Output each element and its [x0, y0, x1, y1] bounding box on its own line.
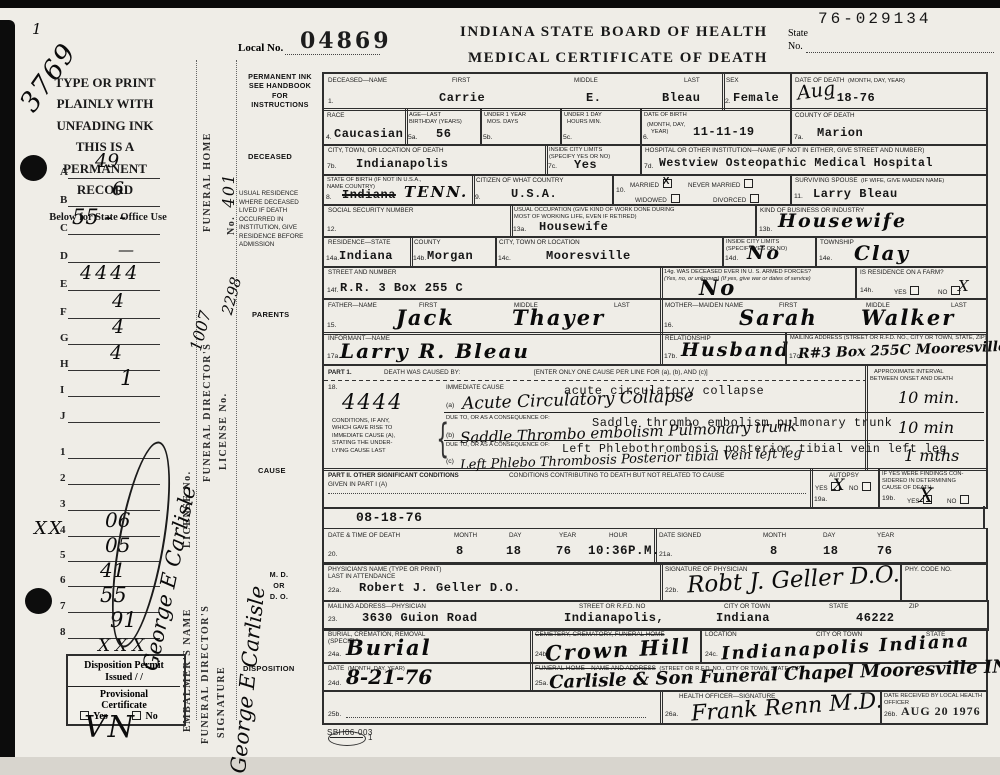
signed-day-header: DAY	[823, 532, 835, 540]
residence-county-value: Morgan	[427, 249, 473, 263]
item-23-number: 23.	[328, 616, 337, 623]
deceased-name-label: DECEASED—NAME	[328, 77, 387, 85]
item-6-number: 6.	[643, 134, 649, 141]
item-26a-number: 26a.	[665, 711, 678, 718]
form-right-border-gap	[983, 506, 985, 528]
ledger-label: 3	[60, 498, 66, 510]
ledger-label: J	[60, 410, 66, 422]
state-no-label-2: No.	[788, 41, 803, 52]
inside-limits-2-value: No	[747, 242, 781, 264]
residence-city-label: CITY, TOWN OR LOCATION	[499, 239, 580, 247]
scan-bottom-band	[0, 757, 1000, 775]
field-physician-mailing: MAILING ADDRESS—PHYSICIAN STREET OR R.F.…	[322, 600, 989, 631]
signature-vertical-label: SIGNATURE	[216, 666, 227, 738]
last-name-value: Bleau	[662, 91, 701, 105]
physician-name-value: Robert J. Geller D.O.	[359, 581, 521, 595]
field-informant: INFORMANT—NAME 17a. Larry R. Bleau	[322, 332, 663, 366]
agency-title: INDIANA STATE BOARD OF HEALTH	[460, 24, 768, 41]
ledger-label: I	[60, 384, 64, 396]
item-7c-number: 7c.	[548, 163, 557, 170]
permanent-record-notice: TYPE OR PRINT PLAINLY WITH UNFADING INK …	[40, 72, 170, 201]
part2-section: PART II. OTHER SIGNIFICANT CONDITIONS CO…	[322, 468, 813, 509]
part1-label: PART 1.	[328, 369, 352, 377]
part2-blank-line	[328, 493, 806, 494]
ledger-value: 49	[95, 150, 119, 172]
embalmers-name-vertical-label: EMBALMER'S NAME	[182, 608, 193, 732]
gutter-rule-1	[196, 60, 197, 720]
item-24d-number: 24d.	[328, 680, 341, 687]
ledger-label: G	[60, 332, 69, 344]
part2-label: PART II. OTHER SIGNIFICANT CONDITIONS	[328, 472, 459, 480]
part2-contributing-label: CONDITIONS CONTRIBUTING TO DEATH BUT NOT…	[509, 472, 724, 480]
findings-no-option: NO	[947, 495, 971, 506]
director-license-value: 2298	[218, 275, 245, 317]
field-father-name: FATHER—NAME FIRST MIDDLE LAST 15. Jack T…	[322, 298, 663, 335]
ledger-line	[68, 370, 160, 371]
scan-edge-left	[0, 20, 15, 775]
section-parents: PARENTS	[252, 310, 289, 319]
item-11-number: 11.	[794, 193, 803, 200]
relationship-value: Husband	[681, 339, 790, 361]
cause-section: PART 1. DEATH WAS CAUSED BY: [ENTER ONLY…	[322, 364, 868, 471]
city-col-header: CITY OR TOWN	[724, 603, 770, 611]
item-24a-number: 24a.	[328, 651, 341, 658]
item-25b-number: 25b.	[328, 711, 341, 718]
death-hour-value: 10:36P.M.	[588, 544, 660, 558]
autopsy-no-checkbox	[862, 482, 871, 491]
married-x-mark: X	[663, 176, 670, 187]
dob-value: 11-11-19	[693, 125, 755, 139]
autopsy-no-option: NO	[849, 482, 873, 493]
item-5a-number: 5a.	[408, 134, 417, 141]
cause-interval-column: APPROXIMATE INTERVAL BETWEEN ONSET AND D…	[865, 364, 988, 471]
mother-first-value: Sarah	[739, 305, 818, 330]
residence-county-label: COUNTY	[414, 239, 441, 247]
race-label: RACE	[327, 112, 345, 120]
item-13a-number: 13a.	[513, 226, 526, 233]
street-label: STREET AND NUMBER	[328, 269, 396, 277]
received-date-stamp: AUG 20 1976	[901, 704, 981, 719]
field-date-of-birth: DATE OF BIRTH (MONTH, DAY, YEAR) 6. 11-1…	[640, 108, 792, 146]
field-residence-city: CITY, TOWN OR LOCATION 14c. Mooresville	[495, 236, 724, 268]
interval-b-value: 10 min	[898, 418, 954, 437]
residence-state-label: RESIDENCE—STATE	[328, 239, 390, 247]
item-14f-number: 14f.	[327, 287, 338, 294]
month-header: MONTH	[454, 532, 477, 540]
item-8-number: 8.	[326, 194, 332, 201]
farm-no-x-mark: X	[958, 277, 969, 295]
state-no-label-1: State	[788, 28, 808, 39]
street-value: R.R. 3 Box 255 C	[340, 281, 463, 295]
findings-yes-x-mark: X	[919, 483, 933, 507]
item-7b-number: 7b.	[327, 163, 336, 170]
ledger-label: A	[60, 166, 68, 178]
mother-last-value: Walker	[861, 305, 955, 330]
signed-year-header: YEAR	[877, 532, 894, 540]
phy-code-label: PHY. CODE NO.	[905, 566, 952, 574]
field-marital-status: 10. MARRIED X NEVER MARRIED WIDOWED DIVO…	[612, 174, 792, 206]
field-funeral-home: FUNERAL HOME—NAME AND ADDRESS (STREET OR…	[530, 662, 988, 692]
field-mother-name: MOTHER—MAIDEN NAME FIRST MIDDLE LAST 16.…	[660, 298, 988, 335]
never-married-checkbox	[744, 179, 753, 188]
date-signed-label: DATE SIGNED	[659, 532, 701, 540]
signed-month-header: MONTH	[763, 532, 786, 540]
item-12-number: 12.	[327, 226, 336, 233]
field-residence-on-farm: IS RESIDENCE ON A FARM? 14h. YES NO X	[855, 266, 988, 300]
industry-value-handwritten: Housewife	[778, 210, 907, 232]
item-22b-number: 22b.	[665, 587, 678, 594]
father-last-header: LAST	[614, 302, 630, 310]
field-age: AGE—LAST BIRTHDAY (YEARS) 5a. 56	[405, 108, 482, 146]
field-25b: 25b.	[322, 690, 663, 725]
xx-mark: XX	[34, 518, 64, 539]
item-20-number: 20.	[328, 551, 337, 558]
field-relationship: RELATIONSHIP 17b. Husband	[660, 332, 787, 366]
scan-edge-top	[0, 0, 1000, 8]
never-married-option: NEVER MARRIED	[688, 179, 755, 190]
field-cemetery: CEMETERY, CREMATORY, FUNERAL HOME 24b. C…	[530, 628, 702, 664]
item-14d-number: 14d.	[725, 255, 738, 262]
field-disposition-date: DATE (MONTH, DAY, YEAR) 24d. 8-21-76	[322, 662, 533, 692]
ledger-label: B	[60, 194, 67, 206]
last-header: LAST	[684, 77, 700, 85]
gutter-rule-2	[236, 60, 237, 720]
ledger-label: F	[60, 306, 67, 318]
spouse-label: SURVIVING SPOUSE (IF WIFE, GIVE MAIDEN N…	[795, 177, 944, 185]
cause-brace: {	[436, 416, 449, 462]
section-deceased: DECEASED	[248, 152, 292, 161]
burial-type-value: Burial	[346, 635, 432, 660]
ledger-value: 55 - -	[72, 205, 126, 229]
batch-number: 76-029134	[818, 10, 931, 28]
physician-street-value: 3630 Guion Road	[362, 611, 478, 625]
blank-25b-line	[346, 717, 646, 718]
ledger-label: D	[60, 250, 68, 262]
dob-label-1: DATE OF BIRTH	[644, 112, 687, 119]
corner-mark: 1	[32, 20, 42, 38]
permit-issued: Issued / /	[68, 672, 180, 683]
field-inside-city-limits-residence: INSIDE CITY LIMITS (SPECIFY YES OR NO) 1…	[722, 236, 817, 268]
item-5b-number: 5b.	[483, 134, 492, 141]
inside-limits-value: Yes	[574, 158, 597, 172]
city-of-death-label: CITY, TOWN, OR LOCATION OF DEATH	[328, 147, 444, 155]
ledger-label: 1	[60, 446, 66, 458]
field-date-received: DATE RECEIVED BY LOCAL HEALTH OFFICER 26…	[880, 690, 988, 725]
farm-yes-checkbox	[910, 286, 919, 295]
part2-given-label: GIVEN IN PART I (A)	[328, 481, 387, 489]
field-health-officer-signature: HEALTH OFFICER—SIGNATURE 26a. Frank Renn…	[660, 690, 882, 725]
cause-header-rule	[324, 380, 865, 381]
city-of-death-value: Indianapolis	[356, 157, 448, 171]
item-21a-number: 21a.	[659, 551, 672, 558]
ledger-value: —	[118, 240, 134, 259]
ledger-label: 5	[60, 549, 66, 561]
enter-one-cause-label: [ENTER ONLY ONE CAUSE PER LINE FOR (a), …	[534, 369, 708, 377]
first-header: FIRST	[452, 77, 470, 85]
funeral-home-no-value: 401	[219, 173, 238, 208]
item-5c-number: 5c.	[563, 134, 572, 141]
item-14e-number: 14e.	[819, 255, 832, 262]
death-year-value: 76	[556, 544, 571, 558]
under-1-day-cols: HOURS MIN.	[567, 119, 601, 126]
spouse-value: Larry Bleau	[813, 187, 898, 201]
certificate-title: MEDICAL CERTIFICATE OF DEATH	[468, 50, 768, 67]
field-deceased-name: DECEASED—NAME FIRST MIDDLE LAST 1. Carri…	[322, 72, 725, 111]
due-to-1-label: DUE TO, OR AS A CONSEQUENCE OF:	[446, 415, 550, 422]
cause-a-underline	[444, 412, 865, 413]
findings-box: IF YES WERE FINDINGS CON- SIDERED IN DET…	[878, 468, 988, 509]
physician-state-value: Indiana	[716, 611, 770, 625]
father-last-value: Thayer	[512, 305, 605, 330]
cause-b-underline	[444, 440, 865, 441]
ledger-value: 4	[112, 290, 124, 312]
field-hospital: HOSPITAL OR OTHER INSTITUTION—NAME (IF N…	[640, 144, 988, 176]
item-1-number: 1.	[328, 98, 334, 105]
age-label-2: BIRTHDAY (YEARS)	[409, 119, 462, 126]
interval-header-2: BETWEEN ONSET AND DEATH	[870, 376, 953, 383]
sex-value: Female	[733, 91, 779, 105]
caused-by-label: DEATH WAS CAUSED BY:	[384, 369, 460, 377]
cause-a-letter: (a)	[446, 402, 454, 409]
cause-c-letter: (c)	[446, 458, 454, 465]
field-street-number: STREET AND NUMBER 14f. R.R. 3 Box 255 C	[322, 266, 663, 300]
field-physician-signature: SIGNATURE OF PHYSICIAN 22b. Robt J. Gell…	[660, 562, 902, 602]
item-18-number: 18.	[328, 384, 337, 391]
field-sex: SEX 2. Female	[722, 72, 792, 111]
residence-state-value: Indiana	[339, 249, 393, 263]
item-24c-number: 24c.	[705, 651, 718, 658]
item-7a-number: 7a.	[794, 134, 803, 141]
township-label: TOWNSHIP	[820, 239, 854, 247]
ledger-line	[68, 396, 160, 397]
item-7d-number: 7d.	[644, 163, 653, 170]
divorced-checkbox	[750, 194, 759, 203]
date-time-label: DATE & TIME OF DEATH	[328, 532, 400, 540]
field-phy-code: PHY. CODE NO.	[900, 562, 988, 602]
typed-date-of-death: 08-18-76	[356, 510, 422, 525]
form-left-border-gap	[322, 506, 324, 528]
state-of-birth-handwritten: TENN.	[404, 183, 468, 201]
first-name-value: Carrie	[439, 91, 485, 105]
county-of-death-label: COUNTY OF DEATH	[795, 112, 855, 120]
street-col-header: STREET OR R.F.D. NO	[579, 603, 645, 611]
field-occupation: USUAL OCCUPATION (GIVE KIND OF WORK DONE…	[510, 204, 757, 238]
item-13b-number: 13b.	[759, 226, 772, 233]
field-informant-mailing-address: MAILING ADDRESS (STREET OR R.F.D. NO., C…	[785, 332, 988, 366]
local-no-label: Local No.	[238, 42, 283, 54]
field-physician-name: PHYSICIAN'S NAME (TYPE OR PRINT) LAST IN…	[322, 562, 663, 602]
hospital-label: HOSPITAL OR OTHER INSTITUTION—NAME (IF N…	[645, 147, 924, 155]
mother-label: MOTHER—MAIDEN NAME	[665, 302, 743, 310]
father-first-value: Jack	[396, 305, 455, 330]
field-township: TOWNSHIP 14e. Clay	[815, 236, 988, 268]
ledger-label: 7	[60, 600, 66, 612]
married-checkbox: X	[663, 179, 672, 188]
occupation-value: Housewife	[539, 220, 608, 234]
provisional-label: Provisional	[68, 689, 180, 700]
township-value: Clay	[854, 241, 910, 265]
state-no-line	[806, 52, 994, 53]
signed-month-value: 8	[770, 544, 778, 558]
widowed-checkbox	[671, 194, 680, 203]
item-14h-number: 14h.	[860, 287, 873, 294]
item-14b-number: 14b.	[413, 255, 426, 262]
field-state-of-birth: STATE OF BIRTH (IF NOT IN U.S.A., NAME C…	[322, 174, 475, 206]
hole-punch-bottom	[25, 588, 52, 614]
section-usual-residence: USUAL RESIDENCE WHERE DECEASED LIVED IF …	[239, 190, 303, 250]
physician-mailing-label: MAILING ADDRESS—PHYSICIAN	[328, 603, 426, 611]
hospital-value: Westview Osteopathic Medical Hospital	[659, 157, 933, 170]
immediate-cause-label: IMMEDIATE CAUSE	[446, 384, 504, 392]
armed-forces-label-2: (Yes, no, or unknown) (If yes, give war …	[664, 276, 811, 283]
item-19b-number: 19b.	[882, 495, 895, 502]
location-label: LOCATION	[705, 631, 737, 639]
item-17b-number: 17b.	[664, 353, 677, 360]
farm-yes-option: YES	[894, 286, 921, 297]
field-date-signed: DATE SIGNED MONTH DAY YEAR 21a. 8 18 76	[654, 528, 988, 565]
interval-a-underline	[866, 412, 984, 413]
field-ssn: SOCIAL SECURITY NUMBER 12.	[322, 204, 513, 238]
year-header: YEAR	[559, 532, 576, 540]
item-14c-number: 14c.	[498, 255, 511, 262]
funeral-home-no-label: No. 401	[219, 173, 238, 235]
father-label: FATHER—NAME	[328, 302, 377, 310]
citizen-value: U.S.A.	[511, 187, 557, 201]
ledger-label: 6	[60, 574, 66, 586]
ledger-value: 4444	[80, 262, 140, 284]
field-burial-type: BURIAL, CREMATION, REMOVAL (SPECIFY) 24a…	[322, 628, 533, 664]
death-day-value: 18	[506, 544, 521, 558]
field-armed-forces: 14g. WAS DECEASED EVER IN U. S. ARMED FO…	[660, 266, 857, 300]
ledger-value: 6	[112, 178, 124, 200]
funeral-director-signature: George E Carlisle	[226, 585, 270, 775]
funeral-directors-vertical-label-2: FUNERAL DIRECTOR'S	[200, 605, 211, 744]
farm-label: IS RESIDENCE ON A FARM?	[860, 269, 944, 277]
armed-forces-value: No	[699, 275, 736, 300]
vn-mark: VN	[84, 710, 136, 745]
item-26b-number: 26b.	[884, 711, 897, 718]
state-of-birth-typed: Indiana	[342, 188, 396, 202]
item-10-number: 10.	[616, 187, 625, 194]
field-county-of-death: COUNTY OF DEATH 7a. Marion	[790, 108, 988, 146]
ledger-line	[68, 234, 160, 235]
race-value: Caucasian	[334, 127, 403, 141]
item-17a-number: 17a.	[327, 353, 340, 360]
age-value: 56	[436, 127, 451, 141]
cause-code-handwritten: 4444	[342, 390, 403, 414]
funeral-directors-vertical-label: FUNERAL DIRECTOR'S	[202, 343, 213, 482]
signed-year-value: 76	[877, 544, 892, 558]
field-residence-county: COUNTY 14b. Morgan	[410, 236, 497, 268]
director-license-vertical-label: LICENSE No.	[218, 392, 229, 470]
item-19a-number: 19a.	[814, 496, 827, 503]
physician-attendance-label: LAST IN ATTENDANCE	[328, 573, 395, 581]
field-residence-state: RESIDENCE—STATE 14a. Indiana	[322, 236, 413, 268]
death-month-value: 8	[456, 544, 464, 558]
signed-day-value: 18	[823, 544, 838, 558]
item-14a-number: 14a.	[326, 255, 339, 262]
ledger-label: C	[60, 222, 68, 234]
field-city-of-death: CITY, TOWN, OR LOCATION OF DEATH 7b. Ind…	[322, 144, 548, 176]
ledger-line	[68, 422, 160, 423]
interval-b-underline	[866, 440, 984, 441]
ssn-label: SOCIAL SECURITY NUMBER	[328, 207, 413, 215]
permanent-ink-note: PERMANENT INK SEE HANDBOOK FOR INSTRUCTI…	[240, 72, 320, 109]
sex-label: SEX	[726, 77, 739, 85]
autopsy-yes-x-mark: X	[833, 475, 844, 494]
ledger-label: 8	[60, 626, 66, 638]
ledger-label: E	[60, 278, 67, 290]
disposition-date-value: 8-21-76	[346, 665, 432, 689]
ledger-value: 1	[120, 366, 133, 390]
item-25a-number: 25a.	[535, 680, 548, 687]
field-date-time-of-death: DATE & TIME OF DEATH MONTH DAY YEAR HOUR…	[322, 528, 657, 565]
due-to-2-label: DUE TO, OR AS A CONSEQUENCE OF:	[446, 442, 550, 449]
funeral-home-vertical-label: FUNERAL HOME	[202, 132, 213, 232]
item-9-number: 9.	[475, 194, 481, 201]
item-16-number: 16.	[664, 322, 673, 329]
form-number: SBH06-003	[327, 728, 373, 738]
autopsy-box: AUTOPSY YES X NO 19a.	[810, 468, 880, 509]
interval-a-value: 10 min.	[898, 388, 959, 407]
ledger-label: 2	[60, 472, 66, 484]
county-of-death-value: Marion	[817, 126, 863, 140]
ledger-value: 4	[112, 316, 124, 338]
middle-header: MIDDLE	[574, 77, 598, 85]
citizen-label: CITIZEN OF WHAT COUNTRY	[476, 177, 563, 185]
state-col-header: STATE	[829, 603, 848, 611]
under-1-year-cols: MOS. DAYS	[487, 119, 518, 126]
middle-name-value: E.	[586, 91, 601, 105]
field-race: RACE 4. Caucasian	[322, 108, 408, 146]
field-surviving-spouse: SURVIVING SPOUSE (IF WIFE, GIVE MAIDEN N…	[790, 174, 988, 206]
item-4-number: 4.	[326, 134, 332, 141]
ledger-value: 4	[110, 342, 122, 364]
physician-city-value: Indianapolis,	[564, 611, 664, 625]
field-under-1-day: UNDER 1 DAY HOURS MIN. 5c.	[560, 108, 642, 146]
item-22a-number: 22a.	[328, 587, 341, 594]
field-industry: KIND OF BUSINESS OR INDUSTRY 13b. Housew…	[755, 204, 988, 238]
informant-value: Larry R. Bleau	[340, 339, 530, 363]
permit-divider	[68, 686, 180, 687]
field-under-1-year: UNDER 1 YEAR MOS. DAYS 5b.	[480, 108, 562, 146]
day-header: DAY	[509, 532, 521, 540]
item-15-number: 15.	[327, 322, 336, 329]
local-no-line	[285, 54, 380, 55]
field-inside-city-limits-death: INSIDE CITY LIMITS (SPECIFY YES OR NO) 7…	[545, 144, 642, 176]
zip-col-header: ZIP	[909, 603, 919, 611]
section-disposition: DISPOSITION	[243, 664, 295, 673]
interval-c-value: 1 mths	[904, 446, 959, 465]
ledger-label: H	[60, 358, 69, 370]
residence-city-value: Mooresville	[546, 249, 631, 263]
conditions-label: CONDITIONS, IF ANY, WHICH GAVE RISE TO I…	[332, 418, 395, 455]
physician-zip-value: 46222	[856, 611, 895, 625]
hour-header: HOUR	[609, 532, 628, 540]
local-no-value: 04869	[300, 28, 392, 54]
dob-label-3: YEAR)	[651, 129, 668, 136]
death-certificate-sheet: 1 3769 TYPE OR PRINT PLAINLY WITH UNFADI…	[0, 0, 1000, 775]
field-citizen: CITIZEN OF WHAT COUNTRY 9. U.S.A.	[472, 174, 614, 206]
married-option: MARRIED X	[630, 179, 674, 190]
findings-no-checkbox	[960, 495, 969, 504]
date-of-death-value: -18-76	[829, 91, 875, 105]
section-md-do: M. D. OR D. O.	[262, 570, 296, 602]
item-2-number: 2.	[725, 98, 731, 105]
field-date-of-death: DATE OF DEATH (MONTH, DAY, YEAR) Aug -18…	[790, 72, 988, 111]
section-cause: CAUSE	[258, 466, 286, 475]
cause-b-letter: (b)	[446, 432, 454, 439]
